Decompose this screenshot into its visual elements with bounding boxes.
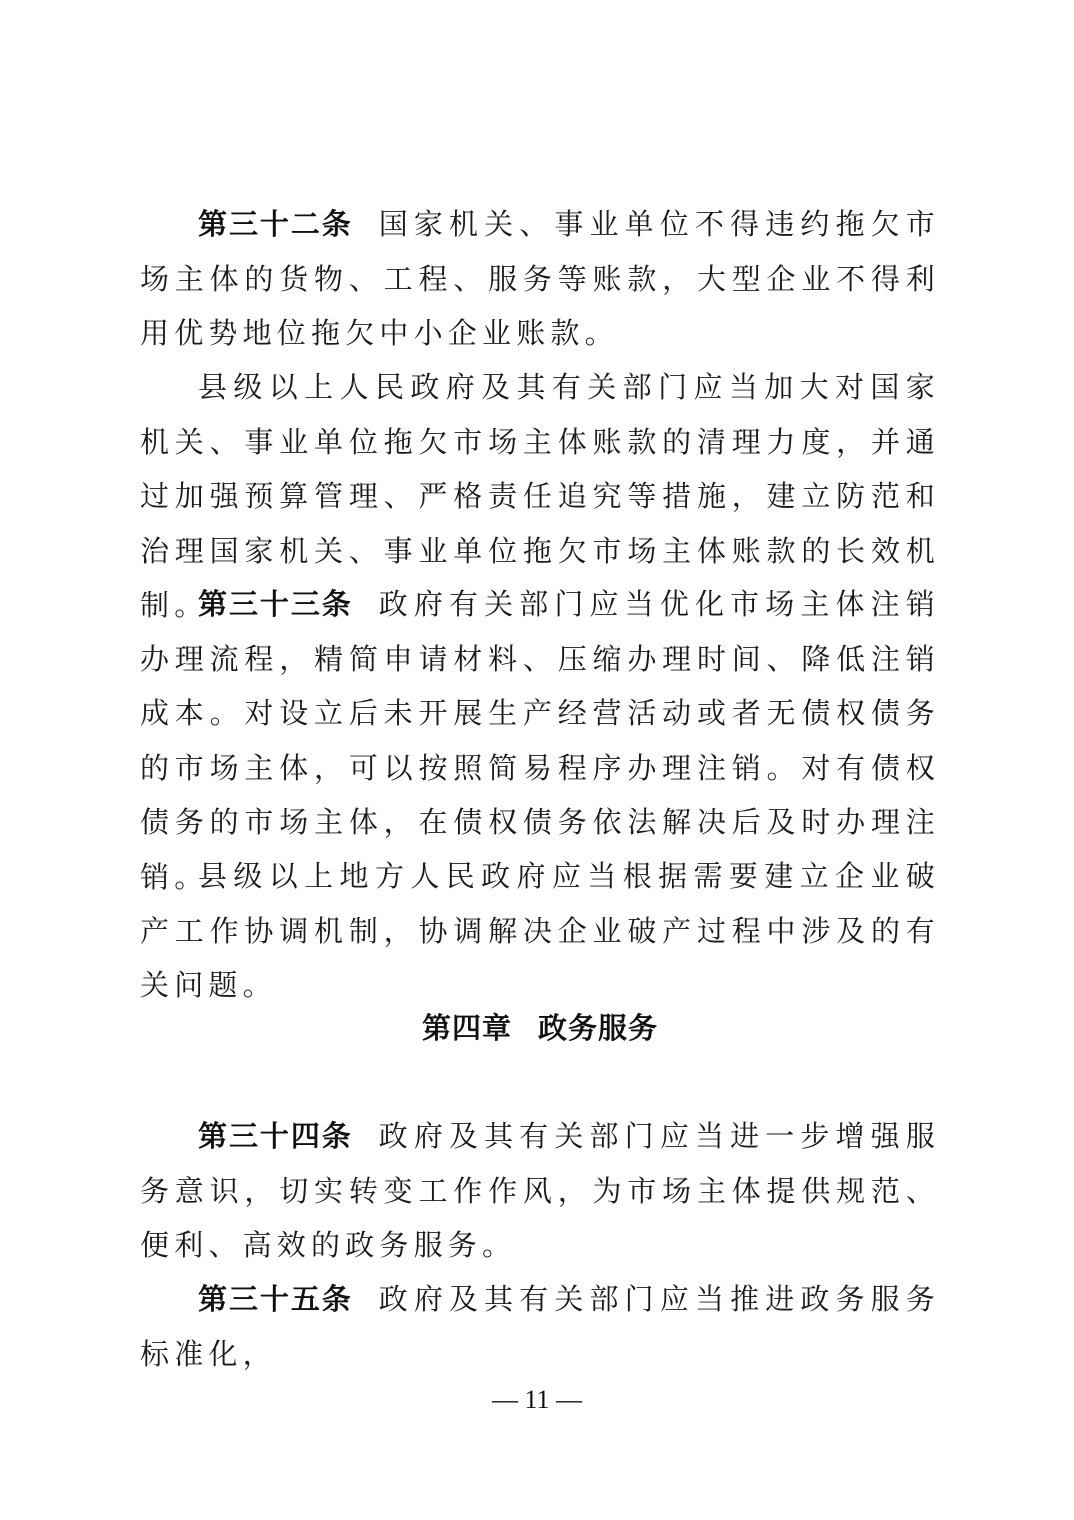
- article-34: 第三十四条政府及其有关部门应当进一步增强服务意识，切实转变工作作风，为市场主体提…: [140, 1109, 940, 1273]
- article-number: 第三十二条: [198, 207, 353, 241]
- article-number: 第三十三条: [198, 587, 353, 621]
- article-35: 第三十五条政府及其有关部门应当推进政务服务标准化，: [140, 1272, 940, 1381]
- article-number: 第三十五条: [198, 1282, 353, 1316]
- article-32: 第三十二条国家机关、事业单位不得违约拖欠市场主体的货物、工程、服务等账款，大型企…: [140, 197, 940, 361]
- article-number: 第三十四条: [198, 1119, 353, 1153]
- page-number: — 11 —: [0, 1380, 1074, 1420]
- document-page: 第三十二条国家机关、事业单位不得违约拖欠市场主体的货物、工程、服务等账款，大型企…: [140, 0, 940, 1520]
- chapter-number: 第四章: [422, 1011, 512, 1045]
- article-text: 政府有关部门应当优化市场主体注销办理流程，精简申请材料、压缩办理时间、降低注销成…: [140, 587, 940, 894]
- chapter-heading: 第四章政务服务: [140, 1003, 940, 1053]
- chapter-title: 政务服务: [538, 1011, 658, 1045]
- article-33-paragraph-2: 县级以上地方人民政府应当根据需要建立企业破产工作协调机制，协调解决企业破产过程中…: [140, 849, 940, 1013]
- paragraph-text: 县级以上地方人民政府应当根据需要建立企业破产工作协调机制，协调解决企业破产过程中…: [140, 859, 940, 1002]
